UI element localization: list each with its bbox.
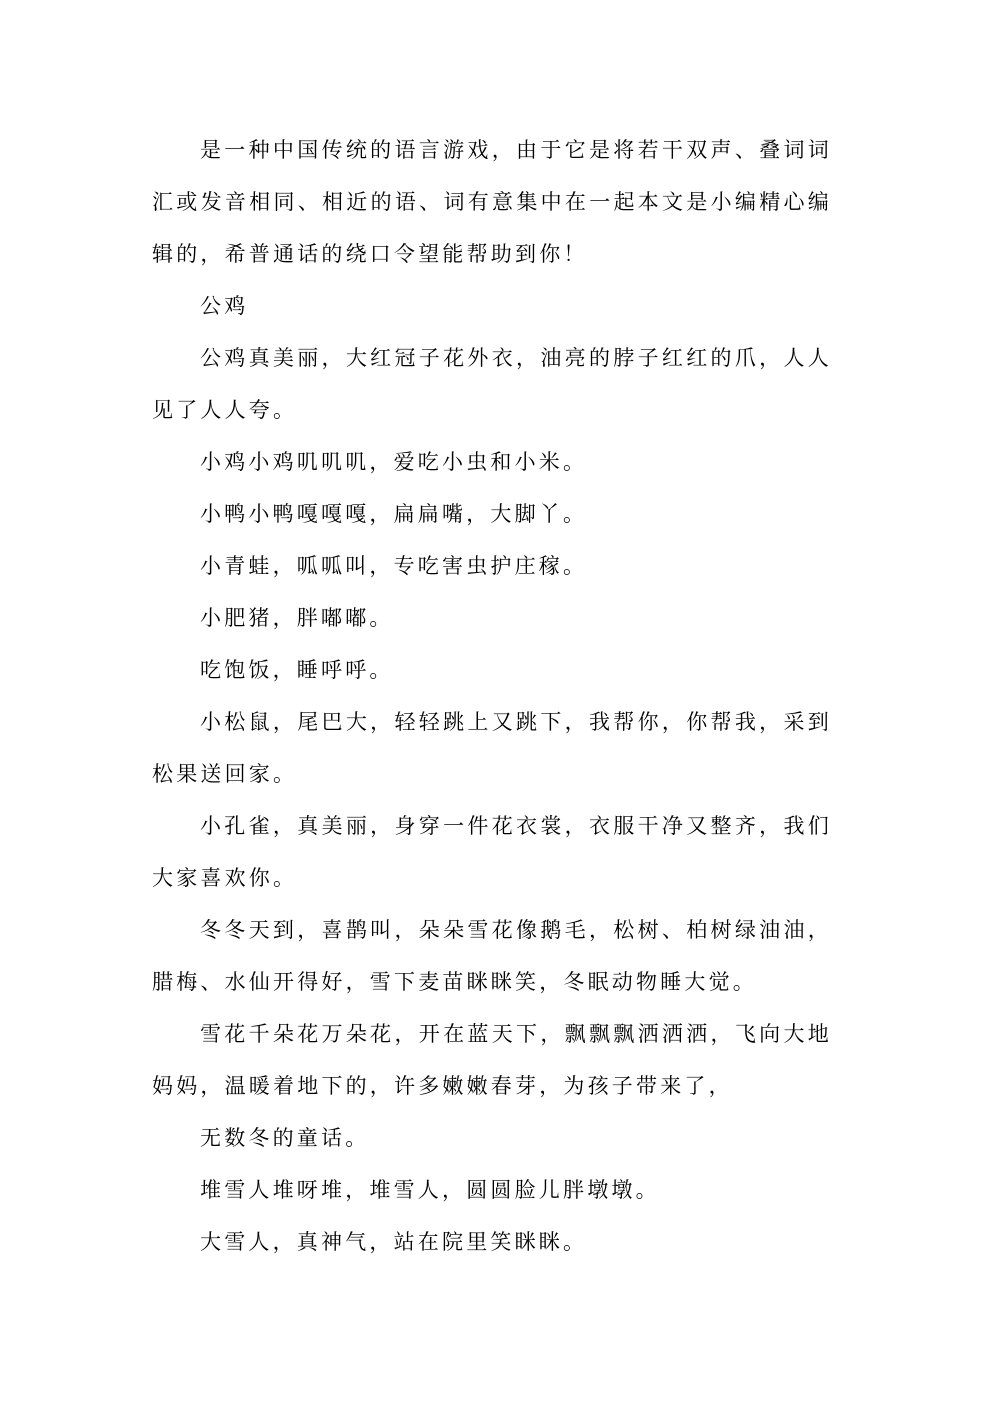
document-page: 是一种中国传统的语言游戏，由于它是将若干双声、叠词词汇或发音相同、相近的语、词有… <box>152 124 832 1268</box>
paragraph-chick: 小鸡小鸡叽叽叽，爱吃小虫和小米。 <box>152 436 832 488</box>
paragraph-sleep: 吃饱饭，睡呼呼。 <box>152 644 832 696</box>
paragraph-rooster: 公鸡真美丽，大红冠子花外衣，油亮的脖子红红的爪，人人见了人人夸。 <box>152 332 832 436</box>
paragraph-fairy-tales: 无数冬的童话。 <box>152 1112 832 1164</box>
paragraph-piglet: 小肥猪，胖嘟嘟。 <box>152 592 832 644</box>
paragraph-title-rooster: 公鸡 <box>152 280 832 332</box>
paragraph-snowman-build: 堆雪人堆呀堆，堆雪人，圆圆脸儿胖墩墩。 <box>152 1164 832 1216</box>
paragraph-frog: 小青蛙，呱呱叫，专吃害虫护庄稼。 <box>152 540 832 592</box>
paragraph-peacock: 小孔雀，真美丽，身穿一件花衣裳，衣服干净又整齐，我们大家喜欢你。 <box>152 800 832 904</box>
paragraph-winter: 冬冬天到，喜鹊叫，朵朵雪花像鹅毛，松树、柏树绿油油，腊梅、水仙开得好，雪下麦苗眯… <box>152 904 832 1008</box>
paragraph-snowman: 大雪人，真神气，站在院里笑眯眯。 <box>152 1216 832 1268</box>
paragraph-squirrel: 小松鼠，尾巴大，轻轻跳上又跳下，我帮你，你帮我，采到松果送回家。 <box>152 696 832 800</box>
paragraph-snowflakes: 雪花千朵花万朵花，开在蓝天下，飘飘飘洒洒洒，飞向大地妈妈，温暖着地下的，许多嫩嫩… <box>152 1008 832 1112</box>
paragraph-intro: 是一种中国传统的语言游戏，由于它是将若干双声、叠词词汇或发音相同、相近的语、词有… <box>152 124 832 280</box>
paragraph-duckling: 小鸭小鸭嘎嘎嘎，扁扁嘴，大脚丫。 <box>152 488 832 540</box>
